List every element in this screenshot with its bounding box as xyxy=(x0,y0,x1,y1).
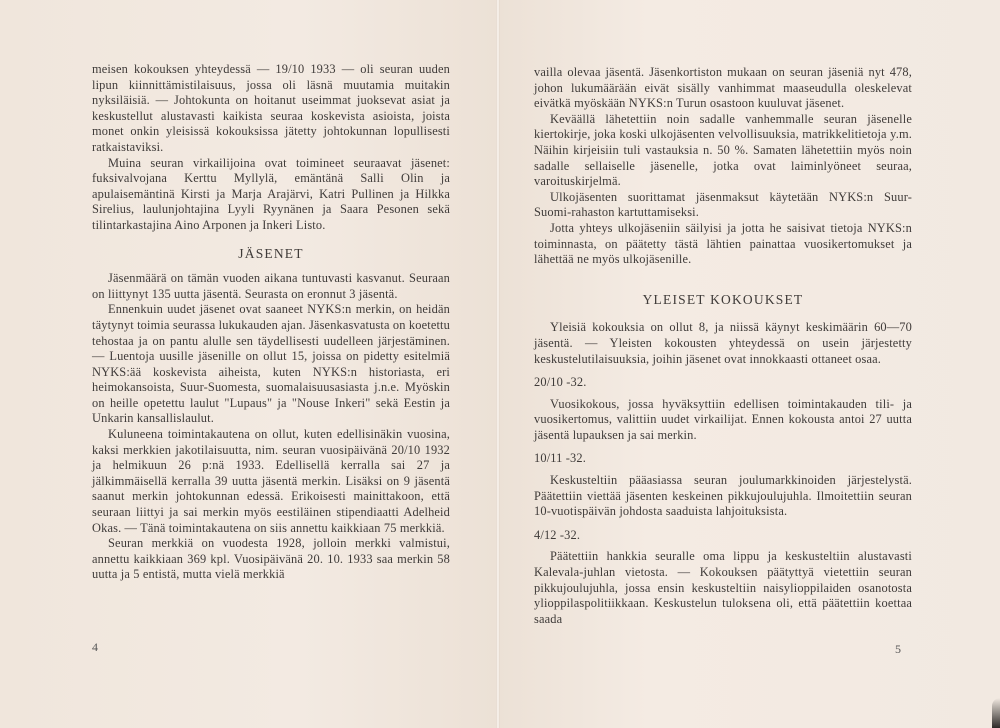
paragraph: Jäsenmäärä on tämän vuoden aikana tuntuv… xyxy=(92,271,450,302)
paragraph: vailla olevaa jäsentä. Jäsenkortiston mu… xyxy=(534,65,912,112)
paragraph: Jotta yhteys ulkojäseniin säilyisi ja jo… xyxy=(534,221,912,268)
paragraph: Muina seuran virkailijoina ovat toiminee… xyxy=(92,156,450,234)
paragraph: Kuluneena toimintakautena on ollut, kute… xyxy=(92,427,450,536)
left-page: meisen kokouksen yhteydessä — 19/10 1933… xyxy=(0,0,497,728)
section-heading-jasenet: JÄSENET xyxy=(92,246,450,262)
meeting-date: 20/10 -32. xyxy=(534,375,912,391)
page-number-left: 4 xyxy=(92,640,98,655)
paragraph: Ennenkuin uudet jäsenet ovat saaneet NYK… xyxy=(92,302,450,427)
paragraph: Vuosikokous, jossa hyväksyttiin edellise… xyxy=(534,397,912,444)
meeting-date: 4/12 -32. xyxy=(534,528,912,544)
book-spread: meisen kokouksen yhteydessä — 19/10 1933… xyxy=(0,0,1000,728)
section-heading-yleiset-kokoukset: YLEISET KOKOUKSET xyxy=(534,292,912,308)
right-page: vailla olevaa jäsentä. Jäsenkortiston mu… xyxy=(497,0,1000,728)
paragraph: meisen kokouksen yhteydessä — 19/10 1933… xyxy=(92,62,450,156)
paragraph: Päätettiin hankkia seuralle oma lippu ja… xyxy=(534,549,912,627)
paragraph: Yleisiä kokouksia on ollut 8, ja niissä … xyxy=(534,320,912,367)
page-corner-shadow xyxy=(992,698,1000,728)
left-page-text: meisen kokouksen yhteydessä — 19/10 1933… xyxy=(92,62,450,583)
meeting-date: 10/11 -32. xyxy=(534,451,912,467)
paragraph: Keväällä lähetettiin noin sadalle vanhem… xyxy=(534,112,912,190)
page-number-right: 5 xyxy=(895,642,901,657)
paragraph: Keskusteltiin pääasiassa seuran joulumar… xyxy=(534,473,912,520)
paragraph: Ulkojäsenten suorittamat jäsenmaksut käy… xyxy=(534,190,912,221)
paragraph: Seuran merkkiä on vuodesta 1928, jolloin… xyxy=(92,536,450,583)
book-gutter-fold xyxy=(496,0,500,728)
right-page-text: vailla olevaa jäsentä. Jäsenkortiston mu… xyxy=(534,65,912,627)
